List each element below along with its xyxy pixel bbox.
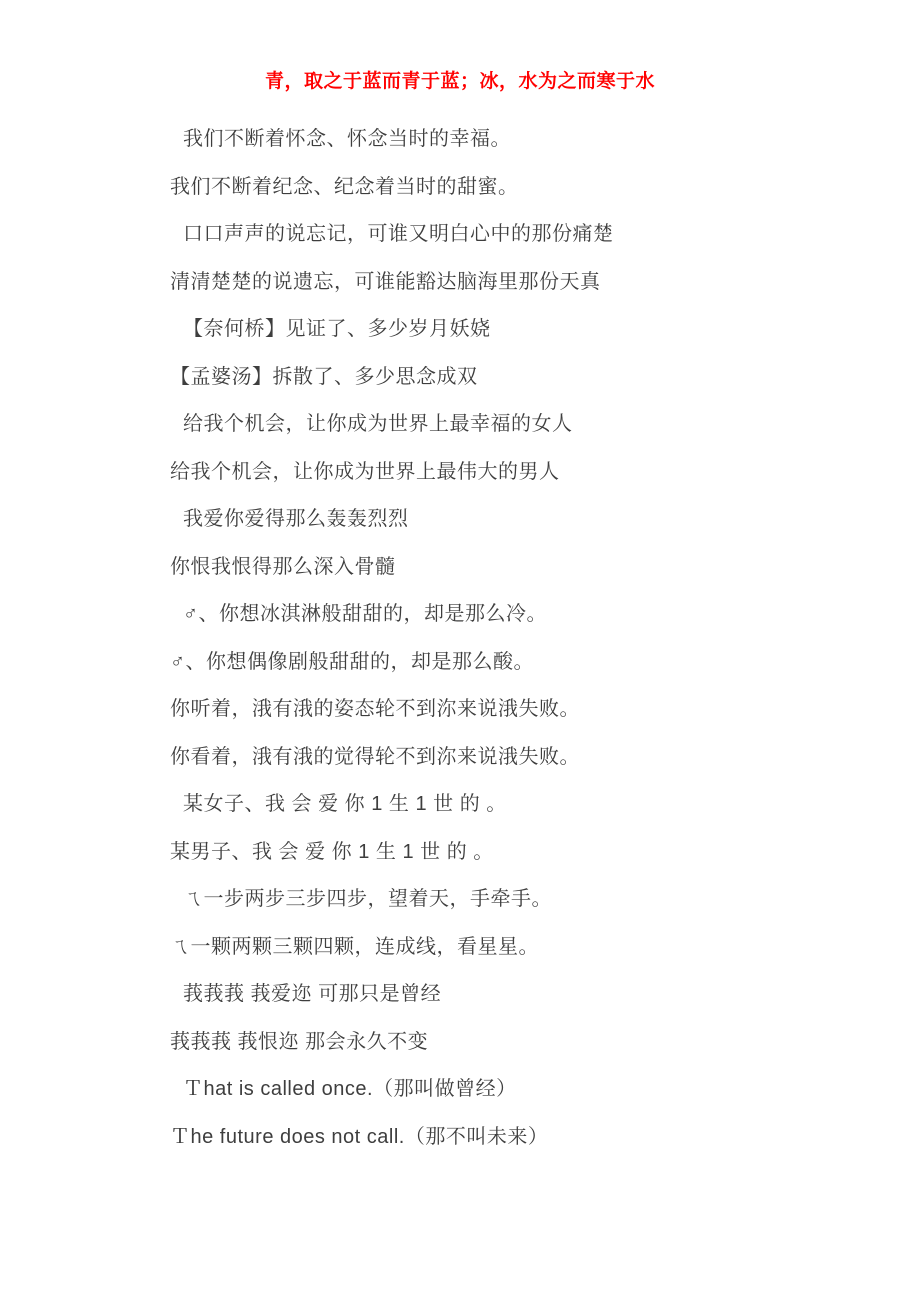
text-line: 我爱你爱得那么轰轰烈烈 xyxy=(170,496,870,544)
text-line: 某男子、我 会 爱 你 1 生 1 世 的 。 xyxy=(170,829,870,877)
document-body: 我们不断着怀念、怀念当时的幸福。我们不断着纪念、纪念着当时的甜蜜。口口声声的说忘… xyxy=(170,116,870,1161)
text-line: 口口声声的说忘记，可谁又明白心中的那份痛楚 xyxy=(170,211,870,259)
text-line: 清清楚楚的说遗忘，可谁能豁达脑海里那份天真 xyxy=(170,259,870,307)
document-page: 青，取之于蓝而青于蓝；冰，水为之而寒于水 我们不断着怀念、怀念当时的幸福。我们不… xyxy=(0,0,920,1302)
text-line: 你看着，涐有涐的觉得轮不到沵来说涐失败。 xyxy=(170,734,870,782)
text-line: 你听着，涐有涐的姿态轮不到沵来说涐失败。 xyxy=(170,686,870,734)
text-line: 我们不断着怀念、怀念当时的幸福。 xyxy=(170,116,870,164)
text-line: Ｔhat is called once.（那叫做曾经） xyxy=(170,1066,870,1114)
text-line: 【奈何桥】见证了、多少岁月妖娆 xyxy=(170,306,870,354)
text-line: ♂、你想偶像剧般甜甜的，却是那么酸。 xyxy=(170,639,870,687)
text-line: 给我个机会，让你成为世界上最伟大的男人 xyxy=(170,449,870,497)
text-line: 我们不断着纪念、纪念着当时的甜蜜。 xyxy=(170,164,870,212)
text-line: 给我个机会，让你成为世界上最幸福的女人 xyxy=(170,401,870,449)
text-line: 你恨我恨得那么深入骨髓 xyxy=(170,544,870,592)
text-line: 【孟婆汤】拆散了、多少思念成双 xyxy=(170,354,870,402)
text-line: ♂、你想冰淇淋般甜甜的，却是那么冷。 xyxy=(170,591,870,639)
text-line: ㄟ一步两步三步四步，望着天，手牵手。 xyxy=(170,876,870,924)
document-header: 青，取之于蓝而青于蓝；冰，水为之而寒于水 xyxy=(0,68,920,96)
text-line: 莪莪莪 莪爱迩 可那只是曾经 xyxy=(170,971,870,1019)
text-line: ㄟ一颗两颗三颗四颗，连成线，看星星。 xyxy=(170,924,870,972)
text-line: 某女子、我 会 爱 你 1 生 1 世 的 。 xyxy=(170,781,870,829)
text-line: Ｔhe future does not call.（那不叫未来） xyxy=(170,1114,870,1162)
text-line: 莪莪莪 莪恨迩 那会永久不变 xyxy=(170,1019,870,1067)
